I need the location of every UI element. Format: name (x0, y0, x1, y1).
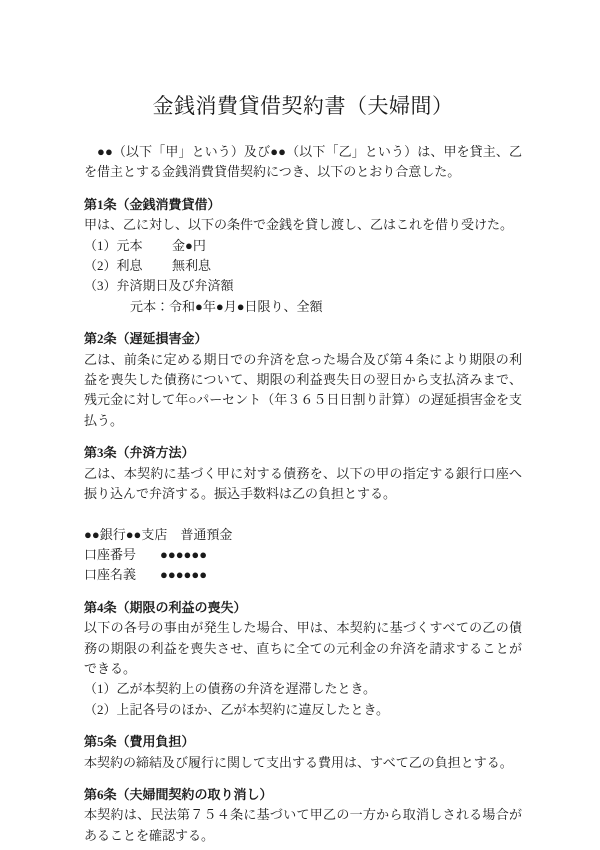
article-1-item-principal: （1）元本 金●円 (84, 236, 522, 256)
item-interest-label: （2）利息 (84, 256, 172, 276)
item-interest-value: 無利息 (172, 256, 211, 276)
article-4-heading: 第4条（期限の利益の喪失） (84, 598, 522, 618)
article-4: 第4条（期限の利益の喪失） 以下の各号の事由が発生した場合、甲は、本契約に基づく… (84, 598, 522, 720)
contract-document-page: 金銭消費貸借契約書（夫婦間） ●●（以下「甲」という）及び●●（以下「乙」という… (0, 0, 600, 850)
article-5: 第5条（費用負担） 本契約の締結及び履行に関して支出する費用は、すべて乙の負担と… (84, 732, 522, 773)
article-6-body: 本契約は、民法第７５４条に基づいて甲乙の一方から取消しされる場合があることを確認… (84, 805, 522, 846)
article-1-heading: 第1条（金銭消費貸借） (84, 195, 522, 215)
article-4-item-2: （2）上記各号のほか、乙が本契約に違反したとき。 (84, 700, 522, 720)
document-title: 金銭消費貸借契約書（夫婦間） (84, 90, 522, 120)
item-principal-value: 金●円 (172, 236, 206, 256)
article-3-body: 乙は、本契約に基づく甲に対する債務を、以下の甲の指定する銀行口座へ振り込んで弁済… (84, 464, 522, 505)
account-number-value: ●●●●●● (160, 545, 207, 565)
account-name-value: ●●●●●● (160, 565, 207, 585)
account-number-row: 口座番号 ●●●●●● (84, 545, 522, 565)
account-number-label: 口座番号 (84, 545, 160, 565)
account-name-label: 口座名義 (84, 565, 160, 585)
article-2-heading: 第2条（遅延損害金） (84, 329, 522, 349)
article-2-body: 乙は、前条に定める期日での弁済を怠った場合及び第４条により期限の利益を喪失した債… (84, 350, 522, 432)
article-1: 第1条（金銭消費貸借） 甲は、乙に対し、以下の条件で金銭を貸し渡し、乙はこれを借… (84, 195, 522, 317)
article-4-item-1: （1）乙が本契約上の債務の弁済を遅滞したとき。 (84, 679, 522, 699)
article-5-heading: 第5条（費用負担） (84, 732, 522, 752)
bank-account-block: ●●銀行●●支店 普通預金 口座番号 ●●●●●● 口座名義 ●●●●●● (84, 525, 522, 586)
article-5-body: 本契約の締結及び履行に関して支出する費用は、すべて乙の負担とする。 (84, 753, 522, 773)
article-3-heading: 第3条（弁済方法） (84, 443, 522, 463)
intro-paragraph: ●●（以下「甲」という）及び●●（以下「乙」という）は、甲を貸主、乙を借主とする… (84, 142, 522, 183)
article-1-repayment-detail: 元本：令和●年●月●日限り、全額 (84, 297, 522, 317)
article-4-body: 以下の各号の事由が発生した場合、甲は、本契約に基づくすべての乙の債務の期限の利益… (84, 618, 522, 679)
article-1-body: 甲は、乙に対し、以下の条件で金銭を貸し渡し、乙はこれを借り受けた。 (84, 215, 522, 235)
item-principal-label: （1）元本 (84, 236, 172, 256)
bank-branch-line: ●●銀行●●支店 普通預金 (84, 525, 522, 545)
article-6-heading: 第6条（夫婦間契約の取り消し） (84, 785, 522, 805)
article-1-item-interest: （2）利息 無利息 (84, 256, 522, 276)
article-1-item-repayment: （3）弁済期日及び弁済額 (84, 276, 522, 296)
account-name-row: 口座名義 ●●●●●● (84, 565, 522, 585)
article-3: 第3条（弁済方法） 乙は、本契約に基づく甲に対する債務を、以下の甲の指定する銀行… (84, 443, 522, 585)
article-6: 第6条（夫婦間契約の取り消し） 本契約は、民法第７５４条に基づいて甲乙の一方から… (84, 785, 522, 846)
article-2: 第2条（遅延損害金） 乙は、前条に定める期日での弁済を怠った場合及び第４条により… (84, 329, 522, 431)
